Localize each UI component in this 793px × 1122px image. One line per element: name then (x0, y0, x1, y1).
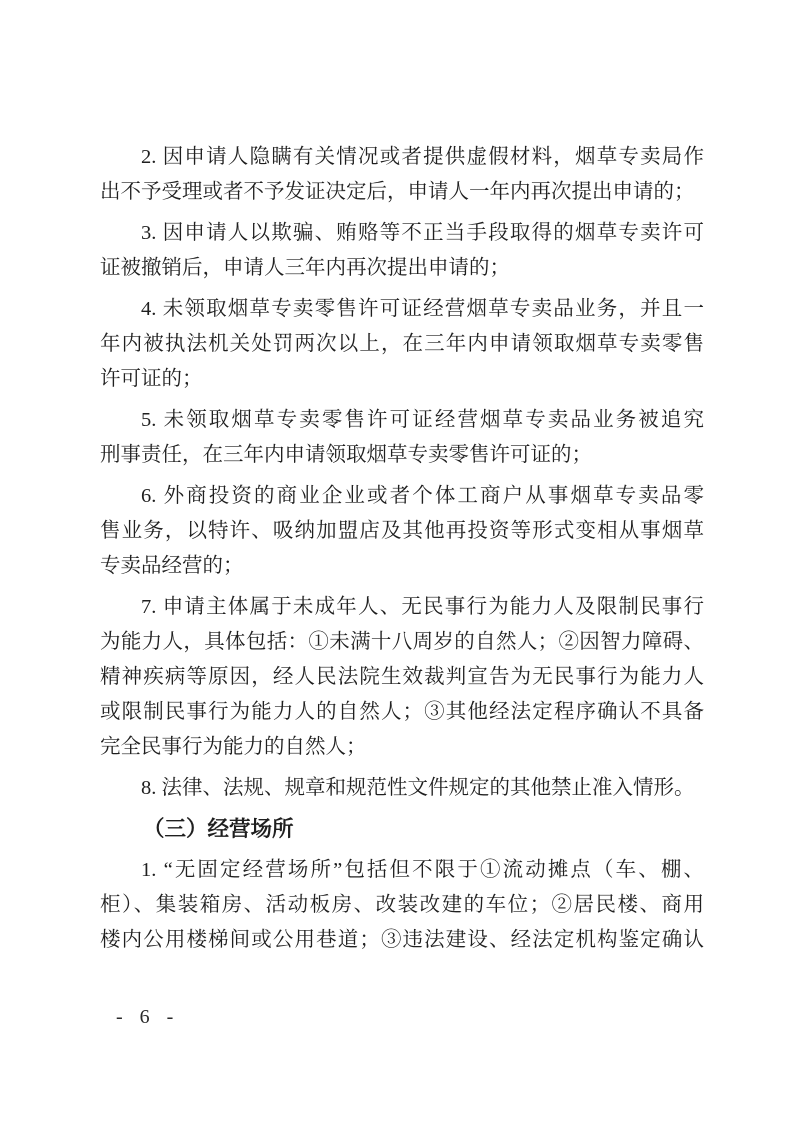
text-line: 2. 因申请人隐瞒有关情况或者提供虚假材料，烟草专卖局作 (100, 140, 704, 175)
section-heading-business-premises: （三）经营场所 (100, 812, 704, 847)
paragraph-2: 2. 因申请人隐瞒有关情况或者提供虚假材料，烟草专卖局作 出不予受理或者不予发证… (100, 140, 704, 210)
text-line: 楼内公用楼梯间或公用巷道；③违法建设、经法定机构鉴定确认 (100, 923, 704, 958)
text-line: 精神疾病等原因，经人民法院生效裁判宣告为无民事行为能力人 (100, 660, 704, 695)
paragraph-4: 4. 未领取烟草专卖零售许可证经营烟草专卖品业务，并且一 年内被执法机关处罚两次… (100, 292, 704, 397)
text-line: 5. 未领取烟草专卖零售许可证经营烟草专卖品业务被追究 (100, 403, 704, 438)
text-line: 刑事责任，在三年内申请领取烟草专卖零售许可证的； (100, 438, 704, 473)
text-line: 3. 因申请人以欺骗、贿赂等不正当手段取得的烟草专卖许可 (100, 216, 704, 251)
text-line: 为能力人，具体包括：①未满十八周岁的自然人；②因智力障碍、 (100, 625, 704, 660)
text-line: 柜）、集装箱房、活动板房、改装改建的车位；②居民楼、商用 (100, 888, 704, 923)
text-line: 6. 外商投资的商业企业或者个体工商户从事烟草专卖品零 (100, 479, 704, 514)
text-line: 出不予受理或者不予发证决定后，申请人一年内再次提出申请的； (100, 175, 704, 210)
document-body: 2. 因申请人隐瞒有关情况或者提供虚假材料，烟草专卖局作 出不予受理或者不予发证… (100, 140, 704, 958)
section-heading-text: （三）经营场所 (100, 812, 704, 847)
text-line: 4. 未领取烟草专卖零售许可证经营烟草专卖品业务，并且一 (100, 292, 704, 327)
text-line: 7. 申请主体属于未成年人、无民事行为能力人及限制民事行 (100, 590, 704, 625)
text-line: 完全民事行为能力的自然人； (100, 730, 704, 765)
text-line: 或限制民事行为能力人的自然人；③其他经法定程序确认不具备 (100, 695, 704, 730)
text-line: 1. “无固定经营场所”包括但不限于①流动摊点（车、棚、 (100, 853, 704, 888)
text-line: 证被撤销后，申请人三年内再次提出申请的； (100, 251, 704, 286)
document-page: 2. 因申请人隐瞒有关情况或者提供虚假材料，烟草专卖局作 出不予受理或者不予发证… (0, 0, 793, 1122)
paragraph-8: 8. 法律、法规、规章和规范性文件规定的其他禁止准入情形。 (100, 771, 704, 806)
paragraph-5: 5. 未领取烟草专卖零售许可证经营烟草专卖品业务被追究 刑事责任，在三年内申请领… (100, 403, 704, 473)
paragraph-7: 7. 申请主体属于未成年人、无民事行为能力人及限制民事行 为能力人，具体包括：①… (100, 590, 704, 765)
text-line: 专卖品经营的； (100, 549, 704, 584)
paragraph-1: 1. “无固定经营场所”包括但不限于①流动摊点（车、棚、 柜）、集装箱房、活动板… (100, 853, 704, 958)
paragraph-3: 3. 因申请人以欺骗、贿赂等不正当手段取得的烟草专卖许可 证被撤销后，申请人三年… (100, 216, 704, 286)
text-line: 售业务，以特许、吸纳加盟店及其他再投资等形式变相从事烟草 (100, 514, 704, 549)
text-line: 年内被执法机关处罚两次以上，在三年内申请领取烟草专卖零售 (100, 327, 704, 362)
text-line: 8. 法律、法规、规章和规范性文件规定的其他禁止准入情形。 (100, 771, 704, 806)
page-number: - 6 - (116, 1004, 179, 1030)
text-line: 许可证的； (100, 362, 704, 397)
paragraph-6: 6. 外商投资的商业企业或者个体工商户从事烟草专卖品零 售业务，以特许、吸纳加盟… (100, 479, 704, 584)
